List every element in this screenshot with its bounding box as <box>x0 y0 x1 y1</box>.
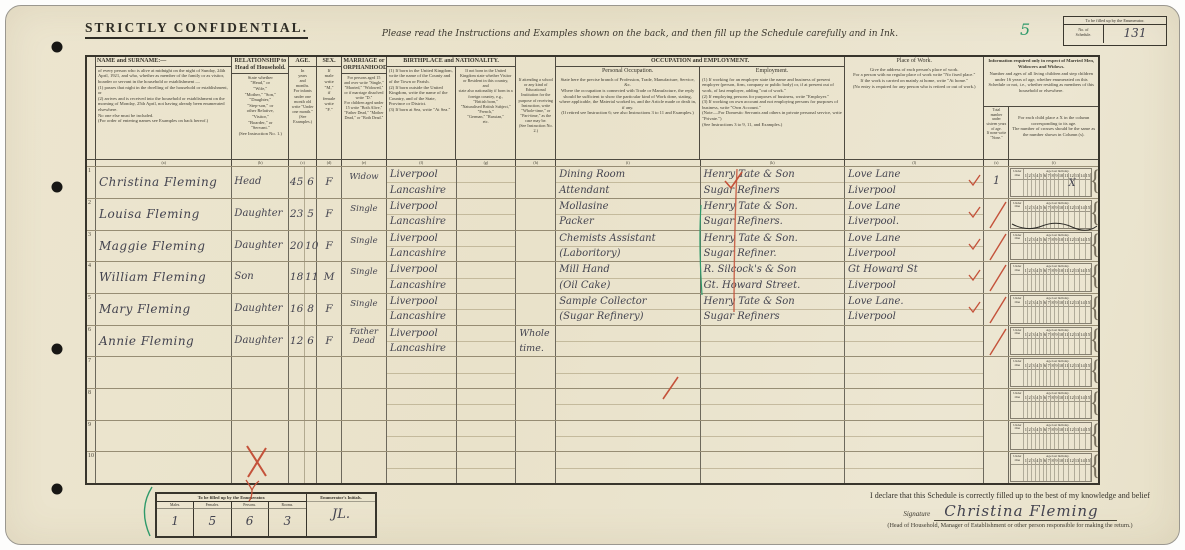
ages-grid-cell: Under OneAge last birthday.1234567891011… <box>1009 167 1098 198</box>
sex-desc: If male write "M," if female write "F." <box>317 67 341 114</box>
age-mark-cell <box>1011 244 1024 260</box>
marriage-cell: Single <box>342 199 387 230</box>
place-of-work-cell: Love Lane. Liverpool <box>845 294 984 325</box>
total-children-cell <box>984 199 1009 230</box>
total-children-cell <box>984 452 1009 483</box>
nationality-cell <box>457 167 517 198</box>
row-number: 6 <box>87 326 96 357</box>
under-one-label: Under One <box>1011 264 1024 275</box>
children-group-line2: Number and ages of all living children a… <box>984 70 1098 94</box>
under-one-label: Under One <box>1011 359 1024 370</box>
ages-grid: Under OneAge last birthday.1234567891011… <box>1010 200 1092 229</box>
males-label: Males. <box>157 502 194 509</box>
occupation-cell <box>556 452 700 483</box>
ages-grid-cell: Under OneAge last birthday.1234567891011… <box>1009 231 1098 262</box>
total-children-cell <box>984 326 1009 357</box>
relationship-desc: State whether "Head," or "Wife," "Mother… <box>232 74 288 138</box>
birthplace-cell: Liverpool Lancashire <box>387 231 457 262</box>
enumerator-box-title: To be filled up by the Enumerator. <box>157 494 306 502</box>
age-months: 6 <box>304 167 316 198</box>
occupation-group-title: OCCUPATION and EMPLOYMENT. <box>556 57 844 67</box>
employment-desc: (1) If working for an employer state the… <box>700 76 844 128</box>
sex-cell <box>317 357 342 388</box>
age-years <box>289 357 304 388</box>
birthplace-cell: Liverpool Lancashire <box>387 294 457 325</box>
sex-cell: F <box>317 199 342 230</box>
birthplace-cell <box>387 452 457 483</box>
age-mark-cell <box>1011 465 1024 481</box>
employment-title: Employment. <box>700 67 844 76</box>
occupation-cell: Chemists Assistant (Laboritory) <box>556 231 700 262</box>
education-cell <box>516 357 556 388</box>
birthplace-cell <box>387 389 457 420</box>
occupation-cell <box>556 421 700 452</box>
under-one-label: Under One <box>1011 454 1024 465</box>
sex-title: SEX. <box>317 57 341 67</box>
schedule-green-mark: 5 <box>1020 20 1030 39</box>
relationship-column-header: RELATIONSHIP to Head of Household. State… <box>232 57 289 159</box>
row-number: 1 <box>87 167 96 198</box>
employment-cell <box>701 389 845 420</box>
education-cell <box>516 167 556 198</box>
schedule-table: NAME and SURNAME:— of every person who i… <box>85 55 1100 485</box>
age-cell <box>289 452 317 483</box>
relationship-cell: Daughter <box>232 326 289 357</box>
relationship-cell <box>232 389 289 420</box>
birthplace-desc: (1) If born in the United Kingdom, write… <box>387 67 455 114</box>
under-one-label: Under One <box>1011 423 1024 434</box>
age-cell: 126 <box>289 326 317 357</box>
under-one-label: Under One <box>1011 233 1024 244</box>
ages-grid: Under OneAge last birthday.1234567891011… <box>1010 390 1092 419</box>
marriage-cell <box>342 452 387 483</box>
nationality-cell <box>457 199 517 230</box>
sex-cell: F <box>317 326 342 357</box>
place-of-work-cell <box>845 421 984 452</box>
place-of-work-cell <box>845 326 984 357</box>
name-cell: Maggie Fleming <box>96 231 232 262</box>
age-years <box>289 452 304 483</box>
sex-cell: F <box>317 294 342 325</box>
declaration-block: I declare that this Schedule is correctl… <box>845 491 1175 529</box>
nationality-subcolumn: If not born in the United Kingdom state … <box>456 67 515 159</box>
age-months <box>304 452 316 483</box>
education-cell <box>516 294 556 325</box>
birthplace-subcolumn: (1) If born in the United Kingdom, write… <box>387 67 456 159</box>
schedule-box-title: To be filled up by the Enumerator. <box>1064 17 1166 25</box>
relationship-cell: Daughter <box>232 231 289 262</box>
place-of-work-cell <box>845 357 984 388</box>
signature-label: Signature <box>903 510 930 521</box>
age-mark-cell <box>1011 275 1024 291</box>
persons-label: Persons. <box>232 502 269 509</box>
rooms-value: 3 <box>269 509 306 536</box>
employment-cell: Henry Tate & Son. Sugar Refiner. <box>701 231 845 262</box>
signature-note: (Head of Household, Manager of Establish… <box>845 522 1175 529</box>
nationality-cell <box>457 357 517 388</box>
row-number: 2 <box>87 199 96 230</box>
marriage-cell <box>342 357 387 388</box>
schedule-number-value: 131 <box>1104 25 1166 43</box>
sex-cell <box>317 421 342 452</box>
table-row: 8Under OneAge last birthday.123456789101… <box>87 388 1098 420</box>
name-cell: Louisa Fleming <box>96 199 232 230</box>
employment-cell <box>701 326 845 357</box>
age-months: 5 <box>304 199 316 230</box>
place-column-header: Place of Work. Give the address of each … <box>845 57 984 159</box>
age-months: 10 <box>304 231 316 262</box>
total-children-desc: Total number under sixteen years of age.… <box>984 107 1008 141</box>
age-years: 12 <box>289 326 304 357</box>
total-children-cell <box>984 231 1009 262</box>
employment-cell <box>701 452 845 483</box>
employment-subcolumn: Employment. (1) If working for an employ… <box>700 67 844 159</box>
age-months: 8 <box>304 294 316 325</box>
employment-cell: Henry Tate & Son. Sugar Refiners. <box>701 199 845 230</box>
age-mark-cell <box>1011 339 1024 355</box>
relationship-cell <box>232 421 289 452</box>
row-number: 10 <box>87 452 96 483</box>
birthplace-cell: Liverpool Lancashire <box>387 199 457 230</box>
employment-cell <box>701 357 845 388</box>
ages-grid-cell: Under OneAge last birthday.1234567891011… <box>1009 421 1098 452</box>
table-row: 1Christina FlemingHead456FWidowLiverpool… <box>87 166 1098 198</box>
ages-grid: Under OneAge last birthday.1234567891011… <box>1010 168 1092 197</box>
schedule-number-label: No. of Schedule. <box>1064 25 1104 43</box>
table-row: 3Maggie FlemingDaughter2010FSingleLiverp… <box>87 230 1098 262</box>
birthplace-cell: Liverpool Lancashire <box>387 167 457 198</box>
row-number: 8 <box>87 389 96 420</box>
name-desc: of every person who is alive at midnight… <box>96 67 231 125</box>
age-cell: 1811 <box>289 262 317 293</box>
table-row: 7Under OneAge last birthday.123456789101… <box>87 356 1098 388</box>
sex-cell <box>317 389 342 420</box>
employment-cell: R. Silcock's & Son Gt. Howard Street. <box>701 262 845 293</box>
marriage-cell: Father Dead <box>342 326 387 357</box>
occupation-cell: Sample Collector (Sugar Refinery) <box>556 294 700 325</box>
total-children-cell: 1 <box>984 167 1009 198</box>
under-one-label: Under One <box>1011 391 1024 402</box>
place-of-work-cell: Love Lane Liverpool. <box>845 199 984 230</box>
age-title: AGE. <box>289 57 316 67</box>
age-cell: 168 <box>289 294 317 325</box>
nationality-cell <box>457 389 517 420</box>
instruction-note: Please read the Instructions and Example… <box>340 29 940 39</box>
relationship-title: RELATIONSHIP to Head of Household. <box>232 57 288 74</box>
name-cell <box>96 452 232 483</box>
table-row: 4William FlemingSon1811MSingleLiverpool … <box>87 261 1098 293</box>
enumerator-initials-label: Enumerator's Initials. <box>307 494 375 502</box>
age-mark-cell <box>1011 307 1024 323</box>
occupation-title: Personal Occupation. <box>556 67 699 76</box>
occupation-desc: State here the precise branch of Profess… <box>556 76 699 117</box>
nationality-cell <box>457 231 517 262</box>
age-cell: 2010 <box>289 231 317 262</box>
name-title: NAME and SURNAME:— <box>96 57 231 67</box>
table-row: 2Louisa FlemingDaughter235FSingleLiverpo… <box>87 198 1098 230</box>
ages-grid: Under OneAge last birthday.1234567891011… <box>1010 263 1092 292</box>
age-months: 6 <box>304 326 316 357</box>
occupation-cell <box>556 357 700 388</box>
ages-grid-cell: Under OneAge last birthday.1234567891011… <box>1009 199 1098 230</box>
sex-cell: M <box>317 262 342 293</box>
nationality-cell <box>457 294 517 325</box>
under-one-label: Under One <box>1011 328 1024 339</box>
row-number: 9 <box>87 421 96 452</box>
age-years: 16 <box>289 294 304 325</box>
confidential-title: STRICTLY CONFIDENTIAL. <box>85 20 308 39</box>
marriage-cell <box>342 421 387 452</box>
ages-grid-cell: Under OneAge last birthday.1234567891011… <box>1009 357 1098 388</box>
education-cell <box>516 389 556 420</box>
place-title: Place of Work. <box>845 57 983 66</box>
age-years: 23 <box>289 199 304 230</box>
nationality-cell <box>457 262 517 293</box>
nationality-cell <box>457 421 517 452</box>
age-mark-cell <box>1011 434 1024 450</box>
marriage-desc: For persons aged 15 and over write "Sing… <box>342 74 386 121</box>
children-group-header: Information required only in respect of … <box>984 57 1098 159</box>
females-label: Females. <box>194 502 231 509</box>
marriage-cell: Single <box>342 262 387 293</box>
age-cell <box>289 389 317 420</box>
name-cell: Annie Fleming <box>96 326 232 357</box>
ages-grid: Under OneAge last birthday.1234567891011… <box>1010 295 1092 324</box>
name-cell: Christina Fleming <box>96 167 232 198</box>
education-cell <box>516 231 556 262</box>
nationality-cell <box>457 452 517 483</box>
marriage-cell: Single <box>342 231 387 262</box>
sex-cell: F <box>317 231 342 262</box>
ages-grid-cell: Under OneAge last birthday.1234567891011… <box>1009 326 1098 357</box>
place-of-work-cell: Love Lane Liverpool <box>845 167 984 198</box>
age-desc: In years and months. For infants under o… <box>289 67 316 125</box>
name-column-header: NAME and SURNAME:— of every person who i… <box>96 57 232 159</box>
occupation-cell <box>556 389 700 420</box>
birthplace-group-header: BIRTHPLACE and NATIONALITY. (1) If born … <box>387 57 516 159</box>
schedule-number-box: To be filled up by the Enumerator. No. o… <box>1063 16 1167 46</box>
signature-value: Christina Fleming <box>934 502 1116 521</box>
place-of-work-cell <box>845 452 984 483</box>
table-row: 6Annie FlemingDaughter126FFather DeadLiv… <box>87 325 1098 357</box>
ages-grid: Under OneAge last birthday.1234567891011… <box>1010 453 1092 482</box>
males-value: 1 <box>157 509 194 536</box>
age-cell: 456 <box>289 167 317 198</box>
name-cell <box>96 389 232 420</box>
sex-cell: F <box>317 167 342 198</box>
occupation-cell: Mill Hand (Oil Cake) <box>556 262 700 293</box>
age-months <box>304 421 316 452</box>
occupation-cell: Mollasine Packer <box>556 199 700 230</box>
enumerator-initials-value: JL. <box>307 502 375 536</box>
letters-row: (a)(b)(c)(d)(e)(f)(g)(h)(i)(k)(l)(s)(t) <box>87 159 1098 166</box>
total-children-cell <box>984 357 1009 388</box>
employment-cell: Henry Tate & Son Sugar Refiners <box>701 167 845 198</box>
marriage-title: MARRIAGE or ORPHANHOOD. <box>342 57 386 74</box>
age-months <box>304 389 316 420</box>
sex-cell <box>317 452 342 483</box>
enumerator-box: To be filled up by the Enumerator. Males… <box>155 492 377 538</box>
age-years: 45 <box>289 167 304 198</box>
age-years <box>289 389 304 420</box>
age-cell <box>289 421 317 452</box>
rooms-label: Rooms. <box>269 502 306 509</box>
age-years: 20 <box>289 231 304 262</box>
education-cell <box>516 199 556 230</box>
relationship-cell: Daughter <box>232 199 289 230</box>
age-column-header: AGE. In years and months. For infants un… <box>289 57 317 159</box>
table-row: 10Under OneAge last birthday.12345678910… <box>87 451 1098 483</box>
nationality-cell <box>457 326 517 357</box>
persons-value: 6 <box>232 509 269 536</box>
marriage-cell <box>342 389 387 420</box>
ages-grid-desc: For each child place a X in the column c… <box>1009 107 1098 138</box>
occupation-subcolumn: Personal Occupation. State here the prec… <box>556 67 700 159</box>
name-cell: William Fleming <box>96 262 232 293</box>
employment-cell <box>701 421 845 452</box>
relationship-cell <box>232 357 289 388</box>
age-mark-cell <box>1011 370 1024 386</box>
row-number-header <box>87 57 96 159</box>
name-cell <box>96 357 232 388</box>
occupation-cell <box>556 326 700 357</box>
place-of-work-cell: Love Lane Liverpool <box>845 231 984 262</box>
total-children-cell <box>984 294 1009 325</box>
age-cell <box>289 357 317 388</box>
total-children-subcolumn: Total number under sixteen years of age.… <box>984 107 1009 159</box>
ages-grid: Under OneAge last birthday.1234567891011… <box>1010 358 1092 387</box>
age-mark-cell <box>1011 402 1024 418</box>
table-row: 5Mary FlemingDaughter168FSingleLiverpool… <box>87 293 1098 325</box>
education-cell <box>516 421 556 452</box>
ages-grid-cell: Under OneAge last birthday.1234567891011… <box>1009 294 1098 325</box>
birthplace-cell <box>387 357 457 388</box>
row-number: 7 <box>87 357 96 388</box>
under-one-label: Under One <box>1011 296 1024 307</box>
row-end-brace: { <box>1090 448 1102 485</box>
place-of-work-cell: Gt Howard St Liverpool <box>845 262 984 293</box>
marriage-cell: Single <box>342 294 387 325</box>
under-one-label: Under One <box>1011 201 1024 212</box>
education-desc: If attending a school or any kind of Edu… <box>516 57 555 134</box>
census-schedule-page: STRICTLY CONFIDENTIAL. Please read the I… <box>0 0 1185 550</box>
rows-body: 1Christina FlemingHead456FWidowLiverpool… <box>87 166 1098 483</box>
place-of-work-cell <box>845 389 984 420</box>
row-number: 5 <box>87 294 96 325</box>
females-value: 5 <box>194 509 231 536</box>
children-group-line1: Information required only in respect of … <box>984 57 1098 70</box>
birthplace-cell: Liverpool Lancashire <box>387 326 457 357</box>
marriage-cell: Widow <box>342 167 387 198</box>
education-column-header: If attending a school or any kind of Edu… <box>516 57 556 159</box>
relationship-cell: Daughter <box>232 294 289 325</box>
name-cell: Mary Fleming <box>96 294 232 325</box>
relationship-cell: Son <box>232 262 289 293</box>
education-cell <box>516 452 556 483</box>
occupation-group-header: OCCUPATION and EMPLOYMENT. Personal Occu… <box>556 57 845 159</box>
ages-grid-cell: Under OneAge last birthday.1234567891011… <box>1009 452 1098 483</box>
total-children-cell <box>984 421 1009 452</box>
birthplace-cell: Liverpool Lancashire <box>387 262 457 293</box>
ages-grid-cell: Under OneAge last birthday.1234567891011… <box>1009 389 1098 420</box>
total-children-cell <box>984 389 1009 420</box>
declaration-text: I declare that this Schedule is correctl… <box>845 491 1175 500</box>
age-cell: 235 <box>289 199 317 230</box>
relationship-cell: Head <box>232 167 289 198</box>
birthplace-cell <box>387 421 457 452</box>
row-number: 3 <box>87 231 96 262</box>
sex-column-header: SEX. If male write "M," if female write … <box>317 57 342 159</box>
education-cell <box>516 262 556 293</box>
ages-grid: Under OneAge last birthday.1234567891011… <box>1010 422 1092 451</box>
education-cell: Whole time. <box>516 326 556 357</box>
ages-grid: Under OneAge last birthday.1234567891011… <box>1010 327 1092 356</box>
nationality-desc: If not born in the United Kingdom state … <box>456 67 515 125</box>
total-children-cell <box>984 262 1009 293</box>
ages-grid-subcolumn: For each child place a X in the column c… <box>1009 107 1098 159</box>
age-years: 18 <box>289 262 304 293</box>
table-row: 9Under OneAge last birthday.123456789101… <box>87 420 1098 452</box>
occupation-cell: Dining Room Attendant <box>556 167 700 198</box>
table-header: NAME and SURNAME:— of every person who i… <box>87 57 1098 159</box>
under-one-label: Under One <box>1011 169 1024 180</box>
name-cell <box>96 421 232 452</box>
age-months <box>304 357 316 388</box>
age-mark-cell <box>1011 180 1024 196</box>
employment-cell: Henry Tate & Son Sugar Refiners <box>701 294 845 325</box>
age-months: 11 <box>304 262 316 293</box>
birthplace-group-title: BIRTHPLACE and NATIONALITY. <box>387 57 515 67</box>
place-desc: Give the address of each person's place … <box>845 66 983 90</box>
age-years <box>289 421 304 452</box>
marriage-column-header: MARRIAGE or ORPHANHOOD. For persons aged… <box>342 57 387 159</box>
ages-grid-cell: Under OneAge last birthday.1234567891011… <box>1009 262 1098 293</box>
ages-grid: Under OneAge last birthday.1234567891011… <box>1010 232 1092 261</box>
age-mark-cell <box>1011 212 1024 228</box>
row-number: 4 <box>87 262 96 293</box>
relationship-cell <box>232 452 289 483</box>
